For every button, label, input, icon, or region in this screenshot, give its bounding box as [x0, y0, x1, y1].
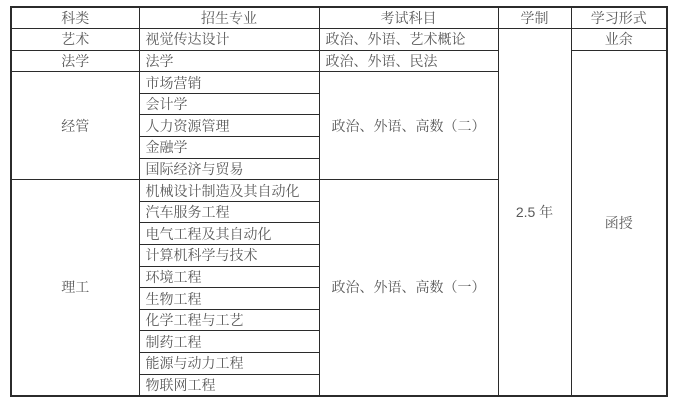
header-majors: 招生专业: [139, 7, 319, 29]
major-cell-electrical-engineering: 电气工程及其自动化: [139, 223, 319, 245]
header-duration: 学制: [498, 7, 571, 29]
major-cell-energy-power-engineering: 能源与动力工程: [139, 353, 319, 375]
major-cell-pharmaceutical-engineering: 制药工程: [139, 331, 319, 353]
category-cell-law: 法学: [11, 50, 139, 72]
major-cell-auto-service-engineering: 汽车服务工程: [139, 201, 319, 223]
major-cell-visual-communication-design: 视觉传达设计: [139, 29, 319, 51]
major-cell-chemical-engineering: 化学工程与工艺: [139, 309, 319, 331]
header-row: 科类 招生专业 考试科目 学制 学习形式: [11, 7, 667, 29]
admission-majors-table: 科类 招生专业 考试科目 学制 学习形式 艺术 视觉传达设计 政治、外语、艺术概…: [10, 6, 668, 397]
major-cell-computer-science: 计算机科学与技术: [139, 245, 319, 267]
exam-cell-econ-mgmt: 政治、外语、高数（二）: [319, 72, 498, 180]
major-cell-accounting: 会计学: [139, 93, 319, 115]
page: 科类 招生专业 考试科目 学制 学习形式 艺术 视觉传达设计 政治、外语、艺术概…: [0, 0, 676, 406]
row-art: 艺术 视觉传达设计 政治、外语、艺术概论 2.5 年 业余: [11, 29, 667, 51]
exam-cell-art: 政治、外语、艺术概论: [319, 29, 498, 51]
category-cell-econ-mgmt: 经管: [11, 72, 139, 180]
study-form-cell-correspondence: 函授: [571, 50, 667, 396]
exam-cell-sci-eng: 政治、外语、高数（一）: [319, 180, 498, 396]
major-cell-environmental-engineering: 环境工程: [139, 266, 319, 288]
header-study-form: 学习形式: [571, 7, 667, 29]
study-form-cell-part-time: 业余: [571, 29, 667, 51]
exam-cell-law: 政治、外语、民法: [319, 50, 498, 72]
major-cell-hr-management: 人力资源管理: [139, 115, 319, 137]
major-cell-law: 法学: [139, 50, 319, 72]
category-cell-sci-eng: 理工: [11, 180, 139, 396]
header-category: 科类: [11, 7, 139, 29]
major-cell-mechanical-design: 机械设计制造及其自动化: [139, 180, 319, 202]
category-cell-art: 艺术: [11, 29, 139, 51]
major-cell-finance: 金融学: [139, 137, 319, 159]
major-cell-marketing: 市场营销: [139, 72, 319, 94]
header-exam-subjects: 考试科目: [319, 7, 498, 29]
major-cell-bio-engineering: 生物工程: [139, 288, 319, 310]
major-cell-intl-economics-trade: 国际经济与贸易: [139, 158, 319, 180]
duration-cell: 2.5 年: [498, 29, 571, 396]
major-cell-iot-engineering: 物联网工程: [139, 374, 319, 396]
